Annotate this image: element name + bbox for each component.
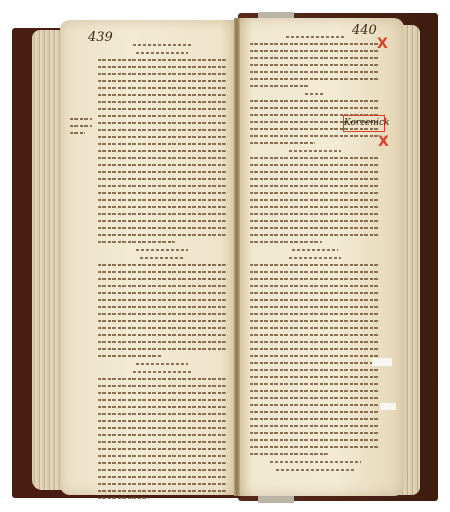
paper-slip: [372, 358, 392, 366]
bookmark-tab-bottom: [258, 495, 294, 503]
red-x-mark-middle: X: [378, 134, 389, 150]
annotation-box: Korzenick: [343, 115, 385, 132]
marginal-note: [70, 118, 92, 139]
red-x-mark-top: X: [377, 36, 388, 52]
left-page-text: [98, 38, 226, 504]
book-gutter: [234, 18, 240, 496]
right-page-text: [250, 30, 380, 476]
paper-slip: [380, 403, 396, 410]
